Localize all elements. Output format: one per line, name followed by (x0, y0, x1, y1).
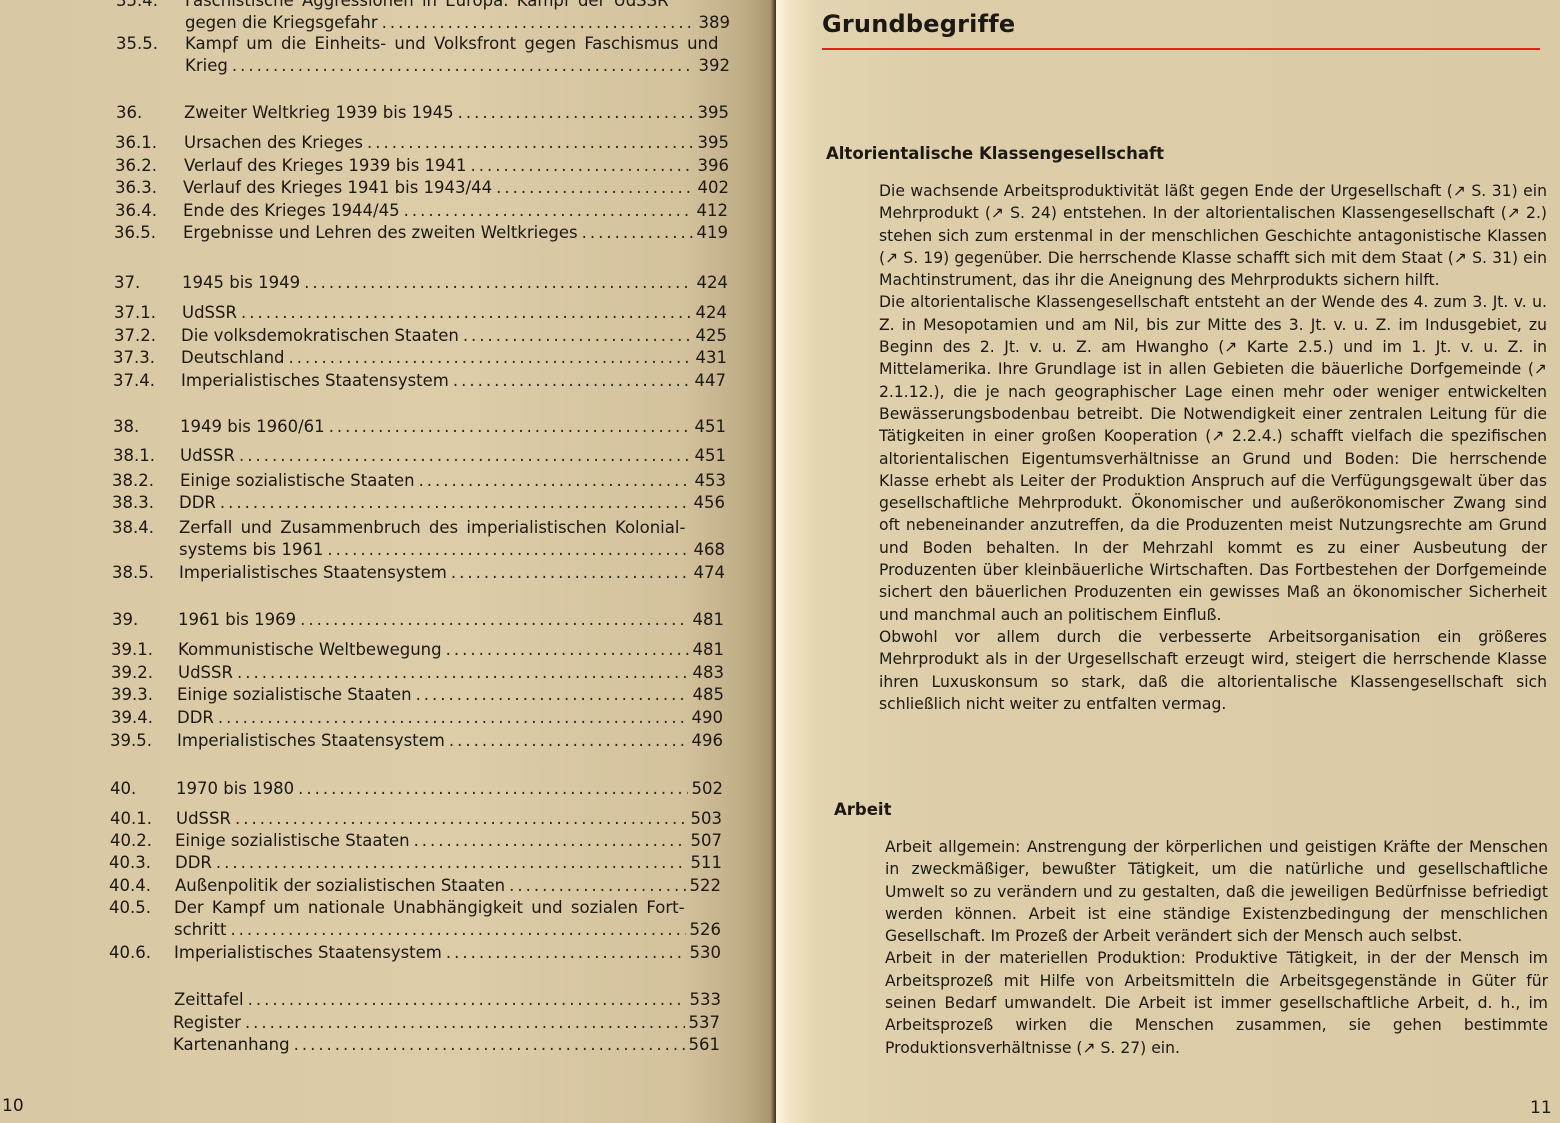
toc-entry-title-row: DDR.....................................… (179, 492, 725, 514)
toc-entry-title-row: 1945 bis 1949...........................… (182, 272, 728, 294)
toc-entry-number: 39.4. (111, 707, 181, 729)
toc-entry-number: 38.2. (112, 470, 182, 492)
table-of-contents: 35.4.Faschistische Aggressionen in Europ… (0, 0, 776, 1123)
toc-entry-page: 485 (693, 684, 725, 706)
dot-leader: ........................................… (496, 177, 693, 199)
toc-entry-title-row: UdSSR...................................… (176, 808, 722, 830)
section-title-altorientalische: Altorientalische Klassengesellschaft (826, 144, 1164, 163)
toc-entry-title: Einige sozialistische Staaten (177, 684, 412, 706)
toc-entry-number: 38.1. (113, 445, 183, 467)
toc-entry-page: 503 (691, 808, 723, 830)
toc-entry-page: 507 (691, 830, 723, 852)
toc-entry-title-row: UdSSR...................................… (180, 445, 726, 467)
red-divider-rule (822, 48, 1540, 50)
dot-leader: ........................................… (230, 919, 685, 941)
toc-entry-page: 447 (695, 370, 727, 392)
dot-leader: ........................................… (414, 830, 687, 852)
dot-leader: ........................................… (327, 539, 689, 561)
paragraph: Obwohl vor allem durch die verbesserte A… (879, 626, 1547, 715)
toc-entry-page: 533 (690, 989, 722, 1011)
toc-entry-title-line1: Kampf um die Einheits- und Volksfront ge… (185, 33, 718, 55)
dot-leader: ........................................… (239, 445, 691, 467)
toc-entry-title-row: schritt.................................… (174, 919, 721, 941)
toc-entry-title-row: gegen die Kriegsgefahr..................… (185, 12, 730, 34)
toc-entry-title: 1961 bis 1969 (178, 609, 296, 631)
toc-entry-page: 456 (694, 492, 726, 514)
toc-entry-number: 40.2. (110, 830, 180, 852)
toc-entry-title-row: 1970 bis 1980...........................… (176, 778, 723, 800)
page-number-left: 10 (2, 1096, 24, 1116)
toc-entry-page: 395 (698, 132, 730, 154)
toc-entry-title: DDR (175, 852, 212, 874)
toc-entry-title: Einige sozialistische Staaten (180, 470, 415, 492)
toc-entry-title: Verlauf des Krieges 1939 bis 1941 (184, 155, 467, 177)
dot-leader: ........................................… (300, 609, 688, 631)
toc-entry-title-row: Die volksdemokratischen Staaten.........… (181, 325, 727, 347)
dot-leader: ........................................… (451, 562, 690, 584)
toc-entry-title: schritt (174, 919, 226, 941)
toc-entry-number: 40.3. (109, 852, 179, 874)
dot-leader: ........................................… (245, 1012, 685, 1034)
toc-entry-number: 40.6. (109, 942, 179, 964)
toc-entry-title-line1: Zerfall und Zusammenbruch des imperialis… (179, 517, 685, 539)
toc-entry-number: 39.1. (111, 639, 181, 661)
toc-entry-page: 419 (697, 222, 729, 244)
toc-entry-title-row: UdSSR...................................… (182, 302, 727, 324)
toc-entry-page: 396 (698, 155, 730, 177)
toc-entry-page: 481 (693, 639, 725, 661)
section-body-arbeit: Arbeit allgemein: Anstrengung der körper… (885, 836, 1548, 1059)
toc-entry-title: Kommunistische Weltbewegung (178, 639, 442, 661)
toc-entry-title: Imperialistisches Staatensystem (181, 370, 449, 392)
toc-entry-page: 402 (698, 177, 730, 199)
toc-entry-title: 1945 bis 1949 (182, 272, 300, 294)
toc-entry-title: Ergebnisse und Lehren des zweiten Weltkr… (183, 222, 578, 244)
toc-entry-title-row: Imperialistisches Staatensystem.........… (177, 730, 723, 752)
dot-leader: ........................................… (294, 1034, 685, 1056)
dot-leader: ........................................… (237, 662, 689, 684)
toc-entry-title: gegen die Kriegsgefahr (185, 12, 378, 34)
dot-leader: ........................................… (416, 684, 689, 706)
paragraph: Die altorientalische Klassengesellschaft… (879, 291, 1547, 625)
toc-entry-page: 496 (692, 730, 724, 752)
toc-entry-title: Außenpolitik der sozialistischen Staaten (175, 875, 505, 897)
toc-entry-title: Imperialistisches Staatensystem (177, 730, 445, 752)
dot-leader: ........................................… (382, 12, 695, 34)
toc-entry-title: Kartenanhang (173, 1034, 290, 1056)
dot-leader: ........................................… (419, 470, 691, 492)
toc-entry-title-row: Außenpolitik der sozialistischen Staaten… (175, 875, 721, 897)
toc-entry-title-row: Kommunistische Weltbewegung.............… (178, 639, 724, 661)
dot-leader: ........................................… (304, 272, 692, 294)
toc-entry-title-row: Zeittafel...............................… (174, 989, 721, 1011)
dot-leader: ........................................… (367, 132, 694, 154)
toc-entry-number: 38.5. (112, 562, 182, 584)
toc-entry-title: UdSSR (180, 445, 235, 467)
paragraph: Arbeit allgemein: Anstrengung der körper… (885, 836, 1548, 947)
toc-entry-title: Zeittafel (174, 989, 244, 1011)
toc-entry-page: 468 (694, 539, 726, 561)
toc-entry-title-row: Ergebnisse und Lehren des zweiten Weltkr… (183, 222, 728, 244)
dot-leader: ........................................… (446, 639, 689, 661)
toc-entry-title-row: Ursachen des Krieges....................… (184, 132, 729, 154)
toc-entry-number: 37.3. (113, 347, 183, 369)
toc-entry-page: 424 (697, 272, 729, 294)
toc-entry-number: 40.4. (109, 875, 179, 897)
toc-entry-title-row: Einige sozialistische Staaten...........… (175, 830, 722, 852)
dot-leader: ........................................… (248, 989, 686, 1011)
toc-entry-page: 451 (695, 416, 727, 438)
toc-entry-title-row: DDR.....................................… (175, 852, 722, 874)
toc-entry-number: 36.1. (115, 132, 185, 154)
dot-leader: ........................................… (298, 778, 687, 800)
toc-entry-number: 36.5. (114, 222, 184, 244)
toc-entry-title-row: Verlauf des Krieges 1939 bis 1941.......… (184, 155, 729, 177)
dot-leader: ........................................… (241, 302, 692, 324)
toc-entry-title: systems bis 1961 (179, 539, 323, 561)
dot-leader: ........................................… (218, 707, 688, 729)
dot-leader: ........................................… (235, 808, 687, 830)
dot-leader: ........................................… (216, 852, 687, 874)
toc-entry-number: 38.3. (112, 492, 182, 514)
toc-entry-page: 474 (694, 562, 726, 584)
toc-entry-number: 38. (113, 416, 183, 438)
toc-entry-number: 35.5. (116, 33, 186, 55)
toc-entry-number: 39. (112, 609, 182, 631)
toc-entry-number: 37.2. (114, 325, 184, 347)
page-number-right: 11 (1530, 1098, 1552, 1118)
toc-entry-title-row: DDR.....................................… (177, 707, 723, 729)
toc-entry-title-row: Verlauf des Krieges 1941 bis 1943/44....… (183, 177, 729, 199)
section-title-arbeit: Arbeit (834, 800, 891, 819)
toc-entry-title-row: Einige sozialistische Staaten...........… (177, 684, 724, 706)
toc-entry-title-row: 1949 bis 1960/61........................… (180, 416, 726, 438)
toc-entry-title-row: Register................................… (173, 1012, 720, 1034)
toc-entry-page: 425 (696, 325, 728, 347)
page-title: Grundbegriffe (822, 10, 1015, 38)
toc-entry-number: 36.2. (115, 155, 185, 177)
toc-entry-title: Zweiter Weltkrieg 1939 bis 1945 (184, 102, 454, 124)
toc-entry-page: 526 (690, 919, 722, 941)
toc-entry-title: Ende des Krieges 1944/45 (183, 200, 400, 222)
toc-entry-number: 39.2. (111, 662, 181, 684)
toc-entry-page: 537 (689, 1012, 721, 1034)
toc-entry-title-line1: Faschistische Aggressionen in Europa. Ka… (185, 0, 669, 12)
toc-entry-title-row: 1961 bis 1969...........................… (178, 609, 724, 631)
dot-leader: ........................................… (449, 730, 688, 752)
toc-entry-title: UdSSR (176, 808, 231, 830)
toc-entry-number: 40.5. (109, 897, 179, 919)
dot-leader: ........................................… (404, 200, 693, 222)
toc-entry-title-row: Deutschland.............................… (181, 347, 727, 369)
toc-entry-page: 453 (695, 470, 727, 492)
toc-entry-title: Imperialistisches Staatensystem (179, 562, 447, 584)
dot-leader: ........................................… (446, 942, 686, 964)
toc-entry-number: 37.1. (114, 302, 184, 324)
dot-leader: ........................................… (509, 875, 685, 897)
paragraph: Arbeit in der materiellen Produktion: Pr… (885, 947, 1548, 1058)
toc-entry-number: 40.1. (110, 808, 180, 830)
toc-entry-title: 1970 bis 1980 (176, 778, 294, 800)
toc-entry-title-row: Einige sozialistische Staaten...........… (180, 470, 726, 492)
toc-entry-number: 39.5. (110, 730, 180, 752)
toc-entry-title: Ursachen des Krieges (184, 132, 363, 154)
toc-entry-title-row: Imperialistisches Staatensystem.........… (181, 370, 726, 392)
toc-entry-page: 412 (697, 200, 729, 222)
toc-entry-title: Verlauf des Krieges 1941 bis 1943/44 (183, 177, 492, 199)
dot-leader: ........................................… (582, 222, 693, 244)
toc-entry-number: 38.4. (112, 517, 182, 539)
toc-entry-title-row: Imperialistisches Staatensystem.........… (179, 562, 725, 584)
toc-entry-title: Register (173, 1012, 241, 1034)
toc-entry-title-row: Zweiter Weltkrieg 1939 bis 1945.........… (184, 102, 729, 124)
toc-entry-page: 502 (692, 778, 724, 800)
dot-leader: ........................................… (289, 347, 692, 369)
toc-entry-title: 1949 bis 1960/61 (180, 416, 325, 438)
toc-entry-page: 511 (691, 852, 723, 874)
toc-entry-title-row: Kartenanhang............................… (173, 1034, 720, 1056)
toc-entry-number: 37. (114, 272, 184, 294)
toc-entry-page: 561 (689, 1034, 721, 1056)
dot-leader: ........................................… (232, 55, 695, 77)
section-body-altorientalische: Die wachsende Arbeitsproduktivität läßt … (879, 180, 1547, 715)
toc-entry-page: 530 (690, 942, 722, 964)
toc-entry-number: 35.4. (116, 0, 186, 12)
toc-entry-page: 481 (693, 609, 725, 631)
toc-entry-title-row: systems bis 1961........................… (179, 539, 725, 561)
toc-entry-page: 395 (698, 102, 730, 124)
dot-leader: ........................................… (329, 416, 691, 438)
dot-leader: ........................................… (471, 155, 694, 177)
toc-entry-title-line1: Der Kampf um nationale Unabhängigkeit un… (174, 897, 685, 919)
toc-entry-title-row: Imperialistisches Staatensystem.........… (174, 942, 721, 964)
toc-entry-title: Deutschland (181, 347, 285, 369)
toc-entry-title-row: Krieg...................................… (185, 55, 730, 77)
toc-entry-number: 36.4. (115, 200, 185, 222)
toc-entry-page: 490 (692, 707, 724, 729)
toc-entry-number: 36.3. (115, 177, 185, 199)
dot-leader: ........................................… (453, 370, 691, 392)
toc-entry-title-row: UdSSR...................................… (178, 662, 724, 684)
toc-entry-title: Imperialistisches Staatensystem (174, 942, 442, 964)
toc-entry-page: 451 (695, 445, 727, 467)
toc-entry-number: 36. (116, 102, 186, 124)
toc-entry-page: 424 (696, 302, 728, 324)
toc-entry-number: 39.3. (111, 684, 181, 706)
toc-entry-page: 389 (699, 12, 731, 34)
toc-entry-title: DDR (179, 492, 216, 514)
toc-entry-page: 392 (699, 55, 731, 77)
toc-entry-page: 522 (690, 875, 722, 897)
toc-entry-title: UdSSR (182, 302, 237, 324)
dot-leader: ........................................… (220, 492, 690, 514)
toc-entry-title: UdSSR (178, 662, 233, 684)
toc-entry-title: DDR (177, 707, 214, 729)
toc-entry-title: Die volksdemokratischen Staaten (181, 325, 459, 347)
paragraph: Die wachsende Arbeitsproduktivität läßt … (879, 180, 1547, 291)
toc-entry-title: Krieg (185, 55, 228, 77)
left-page-toc: 35.4.Faschistische Aggressionen in Europ… (0, 0, 776, 1123)
toc-entry-title: Einige sozialistische Staaten (175, 830, 410, 852)
toc-entry-title-row: Ende des Krieges 1944/45................… (183, 200, 728, 222)
dot-leader: ........................................… (458, 102, 694, 124)
toc-entry-page: 483 (693, 662, 725, 684)
toc-entry-number: 40. (110, 778, 180, 800)
toc-entry-number: 37.4. (113, 370, 183, 392)
toc-entry-page: 431 (696, 347, 728, 369)
dot-leader: ........................................… (463, 325, 692, 347)
